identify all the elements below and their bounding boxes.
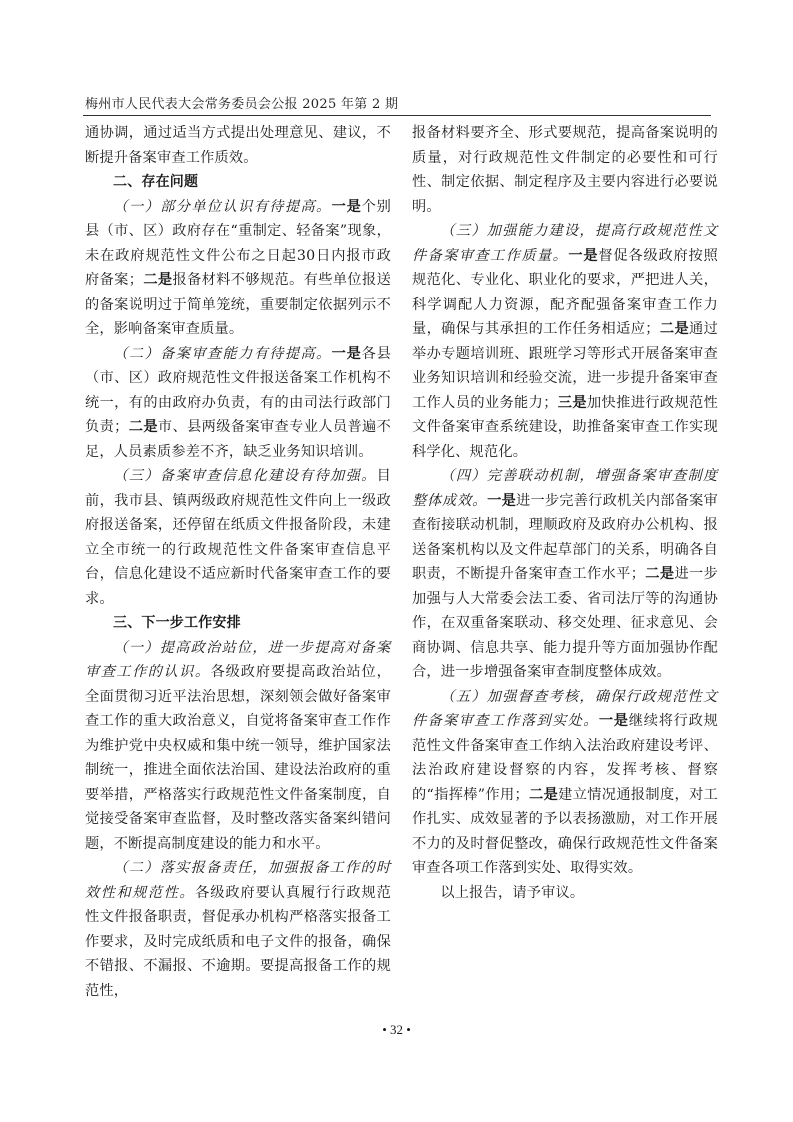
emphasis: 一是 [487, 493, 516, 509]
emphasis: 二是 [660, 321, 689, 337]
section-heading-problems: 二、存在问题 [85, 170, 391, 195]
header-title: 梅州市人民代表大会常务委员会公报 2025 年第 2 期 [85, 93, 398, 112]
paragraph: （四）完善联动机制，增强备案审查制度整体成效。一是进一步完善行政机关内部备案审查… [412, 464, 718, 685]
paragraph: （一）提高政治站位，进一步提高对备案审查工作的认识。各级政府要提高政治站位，全面… [85, 636, 391, 857]
running-header: 梅州市人民代表大会常务委员会公报 2025 年第 2 期 [83, 93, 711, 116]
paragraph: （二）备案审查能力有待提高。一是各县（市、区）政府规范性文件报送备案工作机构不统… [85, 342, 391, 465]
emphasis: 二是 [529, 787, 558, 803]
right-column: 报备材料要齐全、形式要规范，提高备案说明的质量，对行政规范性文件制定的必要性和可… [412, 121, 718, 905]
body-text: 各级政府要提高政治站位，全面贯彻习近平法治思想，深刻领会做好备案审查工作的重大政… [85, 664, 391, 852]
emphasis: 一是 [568, 248, 598, 264]
left-column: 通协调，通过适当方式提出处理意见、建议，不断提升备案审查工作质效。 二、存在问题… [85, 121, 391, 1003]
emphasis: 二是 [143, 272, 172, 288]
subsection-title: （二）备案审查能力有待提高。 [113, 346, 331, 362]
paragraph: （二）落实报备责任，加强报备工作的时效性和规范性。各级政府要认真履行行政规范性文… [85, 856, 391, 1003]
body-text: 进一步加强与人大常委会法工委、省司法厅等的沟通协作，在双重备案联动、移交处理、征… [412, 566, 718, 680]
emphasis: 二是 [129, 419, 158, 435]
paragraph: （三）备案审查信息化建设有待加强。目前，我市县、镇两级政府规范性文件向上一级政府… [85, 464, 391, 611]
emphasis: 三是 [558, 395, 587, 411]
closing-line: 以上报告，请予审议。 [412, 881, 718, 906]
body-text: 目前，我市县、镇两级政府规范性文件向上一级政府报送备案，还停留在纸质文件报备阶段… [85, 468, 391, 607]
emphasis: 一是 [332, 199, 362, 215]
emphasis: 一是 [332, 346, 362, 362]
paragraph: 通协调，通过适当方式提出处理意见、建议，不断提升备案审查工作质效。 [85, 121, 391, 170]
emphasis: 一是 [599, 713, 629, 729]
emphasis: 二是 [645, 566, 674, 582]
section-heading-next-steps: 三、下一步工作安排 [85, 611, 391, 636]
page-number: • 32 • [0, 1022, 793, 1038]
paragraph: （三）加强能力建设，提高行政规范性文件备案审查工作质量。一是督促各级政府按照规范… [412, 219, 718, 464]
subsection-title: （一）部分单位认识有待提高。 [113, 199, 331, 215]
paragraph: （一）部分单位认识有待提高。一是个别县（市、区）政府存在“重制定、轻备案”现象，… [85, 195, 391, 342]
paragraph: （五）加强督查考核，确保行政规范性文件备案审查工作落到实处。一是继续将行政规范性… [412, 685, 718, 881]
subsection-title: （三）备案审查信息化建设有待加强。 [113, 468, 376, 484]
body-text: 各级政府要认真履行行政规范性文件报备职责，督促承办机构严格落实报备工作要求，及时… [85, 885, 391, 999]
paragraph: 报备材料要齐全、形式要规范，提高备案说明的质量，对行政规范性文件制定的必要性和可… [412, 121, 718, 219]
